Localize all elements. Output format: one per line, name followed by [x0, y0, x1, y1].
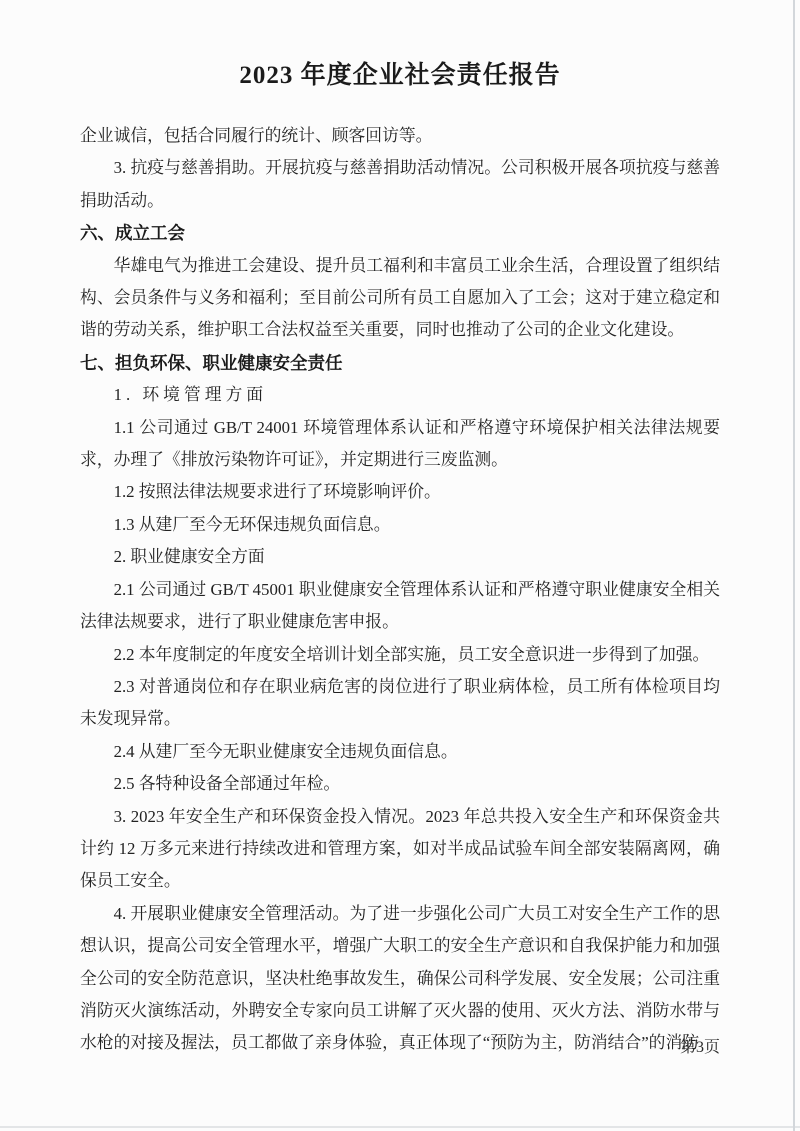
paragraph: 4. 开展职业健康安全管理活动。为了进一步强化公司广大员工对安全生产工作的思想认… — [80, 898, 720, 1060]
paragraph: 3. 2023 年安全生产和环保资金投入情况。2023 年总共投入安全生产和环保… — [80, 801, 720, 898]
paragraph: 2. 职业健康安全方面 — [80, 541, 720, 573]
paragraph: 1.2 按照法律法规要求进行了环境影响评价。 — [80, 476, 720, 508]
paragraph: 六、成立工会 — [80, 217, 720, 249]
paragraph: 2.4 从建厂至今无职业健康安全违规负面信息。 — [80, 736, 720, 768]
paragraph: 华雄电气为推进工会建设、提升员工福利和丰富员工业余生活，合理设置了组织结构、会员… — [80, 250, 720, 347]
paragraph: 3. 抗疫与慈善捐助。开展抗疫与慈善捐助活动情况。公司积极开展各项抗疫与慈善捐助… — [80, 152, 720, 217]
paragraph: 1. 环境管理方面 — [80, 379, 720, 411]
paragraph: 2.1 公司通过 GB/T 45001 职业健康安全管理体系认证和严格遵守职业健… — [80, 574, 720, 639]
scanned-document-page: 2023 年度企业社会责任报告 企业诚信，包括合同履行的统计、顾客回访等。3. … — [0, 0, 800, 1131]
paragraph: 2.2 本年度制定的年度安全培训计划全部实施，员工安全意识进一步得到了加强。 — [80, 639, 720, 671]
paragraph: 2.5 各特种设备全部通过年检。 — [80, 768, 720, 800]
page-number: 第3页 — [680, 1038, 720, 1058]
paragraph: 企业诚信，包括合同履行的统计、顾客回访等。 — [80, 120, 720, 152]
paragraph: 2.3 对普通岗位和存在职业病危害的岗位进行了职业病体检，员工所有体检项目均未发… — [80, 671, 720, 736]
paragraph: 七、担负环保、职业健康安全责任 — [80, 347, 720, 379]
report-body: 企业诚信，包括合同履行的统计、顾客回访等。3. 抗疫与慈善捐助。开展抗疫与慈善捐… — [80, 120, 720, 1060]
report-title: 2023 年度企业社会责任报告 — [0, 57, 800, 95]
paragraph: 1.1 公司通过 GB/T 24001 环境管理体系认证和严格遵守环境保护相关法… — [80, 412, 720, 477]
paragraph: 1.3 从建厂至今无环保违规负面信息。 — [80, 509, 720, 541]
